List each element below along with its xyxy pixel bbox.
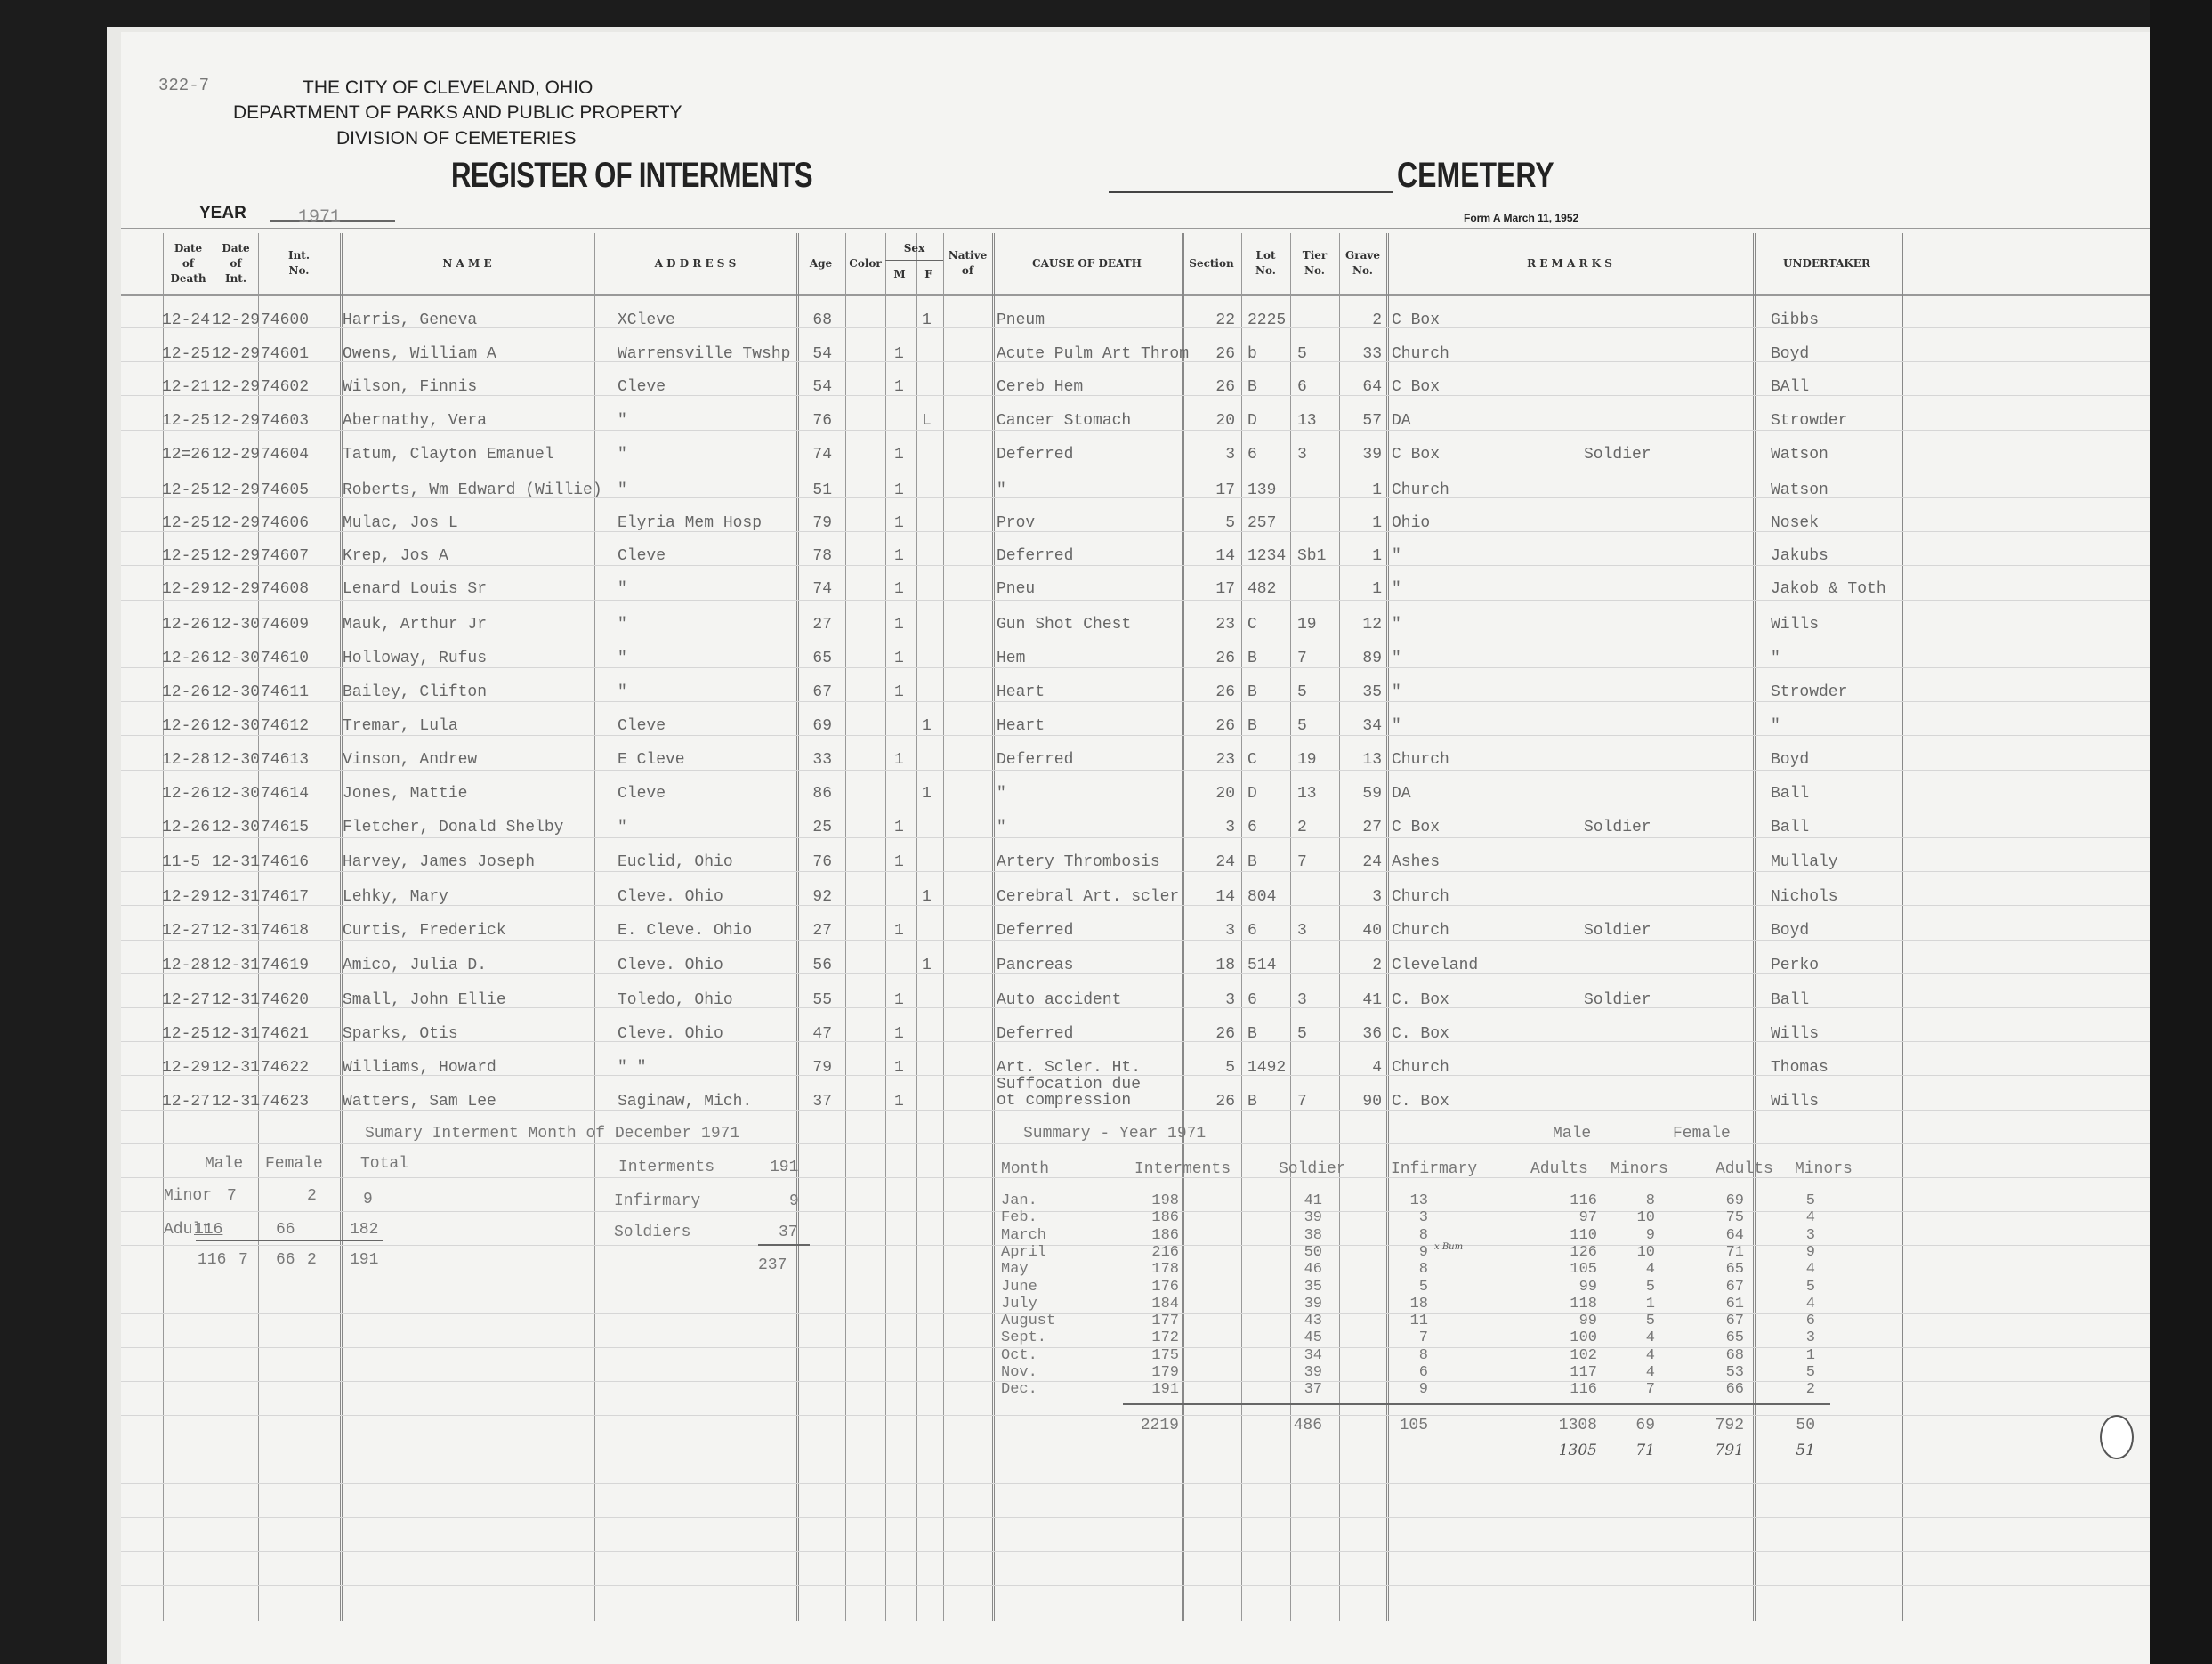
sex-male: 1 (894, 819, 904, 836)
grave-number: 12 (1339, 616, 1382, 634)
address: " (618, 481, 627, 499)
month-name: March (1001, 1227, 1046, 1244)
minor-total: 9 (363, 1191, 373, 1208)
infirmary-label: Infirmary (614, 1192, 700, 1210)
name: Sparks, Otis (343, 1025, 458, 1043)
sex-male: 1 (894, 751, 904, 769)
column-header-sex: Sex (885, 241, 943, 256)
month-name: July (1001, 1296, 1037, 1313)
year-summary-value: 175 (1126, 1347, 1179, 1364)
year-summary-value: 64 (1691, 1227, 1744, 1244)
sex-female: 1 (922, 888, 932, 906)
year-total-value: 69 (1602, 1417, 1655, 1434)
grave-number: 35 (1339, 683, 1382, 701)
sex-female: 1 (922, 717, 932, 735)
date-of-death: 12-26 (162, 717, 210, 735)
undertaker: " (1771, 650, 1780, 667)
burial-note: C Box (1392, 378, 1440, 396)
date-of-interment: 12-30 (212, 819, 260, 836)
year-summary-value: 3 (1375, 1209, 1428, 1226)
age: 74 (796, 446, 832, 464)
interment-number: 74623 (261, 1093, 309, 1111)
age: 76 (796, 412, 832, 430)
cemetery-name-line (1109, 191, 1393, 193)
burial-note: C. Box (1392, 1093, 1449, 1111)
handwritten-correction: 71 (1602, 1442, 1655, 1459)
lot-number: 1234 (1247, 547, 1286, 565)
year-summary-value: 9 (1375, 1244, 1428, 1261)
year-total-value: 2219 (1126, 1417, 1179, 1434)
year-summary-value: 7 (1375, 1329, 1428, 1346)
age: 78 (796, 547, 832, 565)
column-header-undertaker: UNDERTAKER (1753, 256, 1901, 271)
tier-number: 3 (1297, 922, 1307, 940)
section: 5 (1182, 514, 1235, 532)
interment-number: 74612 (261, 717, 309, 735)
section: 26 (1182, 1025, 1235, 1043)
adult-female: 66 (276, 1221, 295, 1239)
burial-note: Church (1392, 922, 1449, 940)
cause-of-death: Heart (997, 717, 1045, 735)
sex-male: 1 (894, 345, 904, 363)
cause-of-death: Auto accident (997, 991, 1121, 1009)
grave-number: 4 (1339, 1059, 1382, 1077)
date-of-death: 12-26 (162, 650, 210, 667)
ruled-line (121, 871, 2150, 872)
date-of-interment: 12-31 (212, 922, 260, 940)
column-divider (1753, 233, 1756, 1621)
burial-note: DA (1392, 785, 1411, 803)
year-summary-value: 37 (1269, 1381, 1322, 1398)
year-value: 1971 (298, 207, 341, 228)
remarks: Soldier (1584, 446, 1651, 464)
month-name: April (1001, 1244, 1046, 1261)
interment-number: 74613 (261, 751, 309, 769)
sex-male: 1 (894, 650, 904, 667)
binder-ring (2100, 1415, 2134, 1459)
cause-of-death: Deferred (997, 751, 1073, 769)
year-summary-value: 198 (1126, 1192, 1179, 1209)
interment-number: 74609 (261, 616, 309, 634)
cause-of-death: Cerebral Art. scler (997, 888, 1179, 906)
year-summary-value: 117 (1544, 1364, 1597, 1381)
date-of-interment: 12-29 (212, 378, 260, 396)
name: Curtis, Frederick (343, 922, 506, 940)
column-divider (885, 233, 886, 1621)
lot-number: B (1247, 683, 1257, 701)
undertaker: Strowder (1771, 412, 1847, 430)
tier-number: 5 (1297, 345, 1307, 363)
interment-number: 74605 (261, 481, 309, 499)
year-total-value: 1308 (1544, 1417, 1597, 1434)
sex-male: 1 (894, 446, 904, 464)
burial-note: C Box (1392, 446, 1440, 464)
adult-total: 182 (350, 1221, 378, 1239)
section: 26 (1182, 378, 1235, 396)
year-summary-value: 46 (1269, 1261, 1322, 1278)
date-of-death: 12=26 (162, 446, 210, 464)
month-summary-header-female: Female (265, 1155, 323, 1173)
burial-note: Church (1392, 1059, 1449, 1077)
column-header-tier: Tier No. (1290, 248, 1339, 279)
grave-number: 2 (1339, 957, 1382, 974)
section: 14 (1182, 547, 1235, 565)
burial-note: Church (1392, 345, 1449, 363)
date-of-interment: 12-31 (212, 957, 260, 974)
division-heading: DIVISION OF CEMETERIES (336, 128, 577, 149)
date-of-interment: 12-31 (212, 991, 260, 1009)
section: 3 (1182, 991, 1235, 1009)
lot-number: 514 (1247, 957, 1276, 974)
year-summary-value: 4 (1602, 1347, 1655, 1364)
year-summary-value: 184 (1126, 1296, 1179, 1313)
cause-of-death: Hem (997, 650, 1025, 667)
date-of-interment: 12-29 (212, 311, 260, 329)
minor-label: Minor (164, 1187, 212, 1205)
section: 26 (1182, 1093, 1235, 1111)
month-name: May (1001, 1261, 1029, 1278)
age: 37 (796, 1093, 832, 1111)
date-of-interment: 12-31 (212, 888, 260, 906)
section: 20 (1182, 785, 1235, 803)
cause-of-death: Prov (997, 514, 1035, 532)
year-summary-value: 6 (1762, 1313, 1815, 1329)
year-summary-value: 110 (1544, 1227, 1597, 1244)
year-summary-value: 11 (1375, 1313, 1428, 1329)
column-divider (845, 233, 846, 1621)
tier-number: 7 (1297, 1093, 1307, 1111)
form-number: 322-7 (158, 76, 209, 95)
sex-female: 1 (922, 311, 932, 329)
section: 5 (1182, 1059, 1235, 1077)
ruled-line (121, 770, 2150, 771)
column-header-date-death: Date of Death (163, 241, 214, 287)
date-of-interment: 12-29 (212, 547, 260, 565)
burial-note: " (1392, 616, 1401, 634)
grave-number: 40 (1339, 922, 1382, 940)
column-divider (943, 233, 944, 1621)
cause-of-death: Artery Thrombosis (997, 853, 1160, 871)
date-of-death: 12-29 (162, 888, 210, 906)
interments-label: Interments (618, 1159, 714, 1176)
interment-number: 74616 (261, 853, 309, 871)
burial-note: Ashes (1392, 853, 1440, 871)
year-summary-value: 4 (1602, 1261, 1655, 1278)
date-of-death: 12-27 (162, 991, 210, 1009)
year-summary-value: 71 (1691, 1244, 1744, 1261)
lot-number: 6 (1247, 991, 1257, 1009)
interment-number: 74619 (261, 957, 309, 974)
address: Cleve (618, 547, 666, 565)
grave-number: 13 (1339, 751, 1382, 769)
name: Williams, Howard (343, 1059, 496, 1077)
grave-number: 1 (1339, 547, 1382, 565)
year-summary-value: 116 (1544, 1192, 1597, 1209)
burial-note: " (1392, 650, 1401, 667)
address: " " (618, 1059, 646, 1077)
age: 65 (796, 650, 832, 667)
burial-note: DA (1392, 412, 1411, 430)
year-summary-value: 41 (1269, 1192, 1322, 1209)
date-of-interment: 12-30 (212, 650, 260, 667)
undertaker: Watson (1771, 446, 1829, 464)
year-summary-value: 53 (1691, 1364, 1744, 1381)
date-of-interment: 12-29 (212, 446, 260, 464)
year-summary-value: 10 (1602, 1244, 1655, 1261)
year-summary-value: 1 (1602, 1296, 1655, 1313)
column-header-remarks: R E M A R K S (1386, 256, 1753, 271)
address: " (618, 580, 627, 598)
burial-note: C Box (1392, 819, 1440, 836)
age: 47 (796, 1025, 832, 1043)
tier-number: 5 (1297, 683, 1307, 701)
year-summary-header: Minors (1611, 1160, 1668, 1178)
cause-of-death: Pneum (997, 311, 1045, 329)
name: Tremar, Lula (343, 717, 458, 735)
section: 17 (1182, 580, 1235, 598)
cause-of-death: Art. Scler. Ht. (997, 1059, 1141, 1077)
section: 23 (1182, 616, 1235, 634)
undertaker: Boyd (1771, 922, 1809, 940)
lot-number: 804 (1247, 888, 1276, 906)
name: Watters, Sam Lee (343, 1093, 496, 1111)
ruled-line (121, 1551, 2150, 1552)
ruled-line (121, 565, 2150, 566)
year-summary-value: 4 (1602, 1364, 1655, 1381)
year-summary-value: 38 (1269, 1227, 1322, 1244)
column-divider (916, 233, 917, 1621)
address: " (618, 446, 627, 464)
header-rule-bottom (121, 294, 2150, 296)
interment-number: 74620 (261, 991, 309, 1009)
year-summary-value: 8 (1375, 1261, 1428, 1278)
name: Mauk, Arthur Jr (343, 616, 487, 634)
cause-of-death: " (997, 819, 1006, 836)
address: Cleve (618, 785, 666, 803)
year-summary-title: Summary - Year 1971 (1023, 1125, 1206, 1143)
year-summary-header: Minors (1795, 1160, 1853, 1178)
cause-of-death: Deferred (997, 446, 1073, 464)
sex-female: L (922, 412, 932, 430)
lot-number: 6 (1247, 922, 1257, 940)
ruled-line (121, 735, 2150, 736)
year-summary-header: Adults (1716, 1160, 1773, 1178)
grave-number: 41 (1339, 991, 1382, 1009)
burial-note: C Box (1392, 311, 1440, 329)
column-header-date-int: Date of Int. (214, 241, 258, 287)
year-summary-value: 105 (1544, 1261, 1597, 1278)
address: " (618, 412, 627, 430)
interment-number: 74602 (261, 378, 309, 396)
column-header-lot: Lot No. (1241, 248, 1290, 279)
cause-of-death: Cancer Stomach (997, 412, 1131, 430)
date-of-death: 12-25 (162, 481, 210, 499)
cause-of-death: Acute Pulm Art Throm (997, 345, 1189, 363)
tier-number: 19 (1297, 751, 1317, 769)
address: Warrensville Twshp (618, 345, 790, 363)
tier-number: 2 (1297, 819, 1307, 836)
section: 26 (1182, 345, 1235, 363)
month-name: Nov. (1001, 1364, 1037, 1381)
adult-male: 116 (194, 1221, 222, 1239)
city-heading: THE CITY OF CLEVELAND, OHIO (303, 77, 593, 99)
interment-number: 74617 (261, 888, 309, 906)
interment-number: 74601 (261, 345, 309, 363)
column-header-sex-m: M (885, 267, 914, 282)
name: Roberts, Wm Edward (Willie) (343, 481, 602, 499)
sex-male: 1 (894, 580, 904, 598)
year-summary-value: 8 (1602, 1192, 1655, 1209)
interment-number: 74622 (261, 1059, 309, 1077)
column-header-int-no: Int. No. (258, 248, 340, 279)
sex-male: 1 (894, 1093, 904, 1111)
cause-of-death: Cereb Hem (997, 378, 1083, 396)
month-total-value: 191 (350, 1251, 378, 1269)
age: 76 (796, 853, 832, 871)
year-summary-value: 116 (1544, 1381, 1597, 1398)
column-divider (1386, 233, 1389, 1621)
date-of-death: 12-25 (162, 345, 210, 363)
handwritten-correction: 1305 (1544, 1442, 1597, 1459)
year-summary-value: 65 (1691, 1329, 1744, 1346)
name: Krep, Jos A (343, 547, 448, 565)
year-summary-value: 65 (1691, 1261, 1744, 1278)
interment-number: 74600 (261, 311, 309, 329)
name: Tatum, Clayton Emanuel (343, 446, 554, 464)
group-male: Male (1553, 1125, 1591, 1143)
age: 54 (796, 378, 832, 396)
year-summary-header: Soldier (1279, 1160, 1346, 1178)
year-summary-value: 176 (1126, 1279, 1179, 1296)
year-summary-value: 3 (1762, 1227, 1815, 1244)
cause-of-death: Pneu (997, 580, 1035, 598)
grave-number: 89 (1339, 650, 1382, 667)
address: E. Cleve. Ohio (618, 922, 752, 940)
undertaker: Jakob & Toth (1771, 580, 1886, 598)
year-summary-value: 18 (1375, 1296, 1428, 1313)
name: Bailey, Clifton (343, 683, 487, 701)
month-total-value: 116 (198, 1251, 226, 1269)
interments-value: 191 (770, 1159, 798, 1176)
column-divider (1241, 233, 1242, 1621)
section: 3 (1182, 922, 1235, 940)
department-heading: DEPARTMENT OF PARKS AND PUBLIC PROPERTY (233, 102, 682, 124)
grave-number: 64 (1339, 378, 1382, 396)
date-of-interment: 12-30 (212, 683, 260, 701)
interment-number: 74614 (261, 785, 309, 803)
age: 33 (796, 751, 832, 769)
column-header-age: Age (796, 256, 845, 271)
lot-number: B (1247, 378, 1257, 396)
year-summary-value: 97 (1544, 1209, 1597, 1226)
name: Fletcher, Donald Shelby (343, 819, 563, 836)
ruled-line (121, 1450, 2150, 1450)
date-of-interment: 12-29 (212, 481, 260, 499)
interment-number: 74611 (261, 683, 309, 701)
tier-number: 6 (1297, 378, 1307, 396)
undertaker: Ball (1771, 991, 1809, 1009)
cemetery-label: CEMETERY (1397, 156, 1554, 196)
page-title: REGISTER OF INTERMENTS (451, 156, 812, 196)
name: Amico, Julia D. (343, 957, 487, 974)
year-summary-value: 6 (1375, 1364, 1428, 1381)
column-header-sex-f: F (914, 267, 943, 282)
year-summary-value: 5 (1375, 1279, 1428, 1296)
sex-male: 1 (894, 922, 904, 940)
section: 26 (1182, 650, 1235, 667)
undertaker: Wills (1771, 1025, 1819, 1043)
year-summary-value: 102 (1544, 1347, 1597, 1364)
column-header-color: Color (845, 256, 885, 271)
date-of-death: 12-28 (162, 751, 210, 769)
date-of-death: 12-27 (162, 922, 210, 940)
year-summary-header: Adults (1530, 1160, 1588, 1178)
grave-number: 1 (1339, 481, 1382, 499)
minor-male: 7 (227, 1187, 237, 1205)
month-summary-rule (196, 1240, 383, 1241)
name: Owens, William A (343, 345, 496, 363)
lot-number: B (1247, 1093, 1257, 1111)
column-divider (1290, 233, 1291, 1621)
section: 18 (1182, 957, 1235, 974)
age: 74 (796, 580, 832, 598)
date-of-interment: 12-29 (212, 345, 260, 363)
year-summary-value: 177 (1126, 1313, 1179, 1329)
header-rule-top (121, 228, 2150, 230)
cause-of-death: Deferred (997, 547, 1073, 565)
date-of-interment: 12-30 (212, 751, 260, 769)
year-summary-value: 3 (1762, 1329, 1815, 1346)
sex-male: 1 (894, 481, 904, 499)
minor-female: 2 (307, 1187, 317, 1205)
lot-number: D (1247, 412, 1257, 430)
section: 17 (1182, 481, 1235, 499)
lot-number: 6 (1247, 819, 1257, 836)
year-summary-value: 4 (1602, 1329, 1655, 1346)
date-of-death: 12-26 (162, 785, 210, 803)
date-of-interment: 12-29 (212, 580, 260, 598)
address: " (618, 819, 627, 836)
section: 14 (1182, 888, 1235, 906)
ruled-line (121, 701, 2150, 702)
year-total-value: 105 (1375, 1417, 1428, 1434)
date-of-death: 12-27 (162, 1093, 210, 1111)
undertaker: Boyd (1771, 751, 1809, 769)
sex-male: 1 (894, 616, 904, 634)
name: Jones, Mattie (343, 785, 467, 803)
date-of-interment: 12-31 (212, 1093, 260, 1111)
column-header-section: Section (1182, 256, 1241, 271)
burial-note: C. Box (1392, 1025, 1449, 1043)
grave-number: 27 (1339, 819, 1382, 836)
year-summary-value: 8 (1375, 1347, 1428, 1364)
tier-number: 5 (1297, 1025, 1307, 1043)
year-summary-rule (1123, 1403, 1830, 1405)
burial-note: Church (1392, 481, 1449, 499)
name: Mulac, Jos L (343, 514, 458, 532)
year-summary-value: 66 (1691, 1381, 1744, 1398)
burial-note: C. Box (1392, 991, 1449, 1009)
address: Cleve. Ohio (618, 1025, 723, 1043)
address: E Cleve (618, 751, 685, 769)
year-summary-header: Interments (1134, 1160, 1231, 1178)
address: Cleve. Ohio (618, 957, 723, 974)
lot-number: B (1247, 717, 1257, 735)
remarks: Soldier (1584, 991, 1651, 1009)
address: " (618, 616, 627, 634)
age: 79 (796, 1059, 832, 1077)
undertaker: Boyd (1771, 345, 1809, 363)
